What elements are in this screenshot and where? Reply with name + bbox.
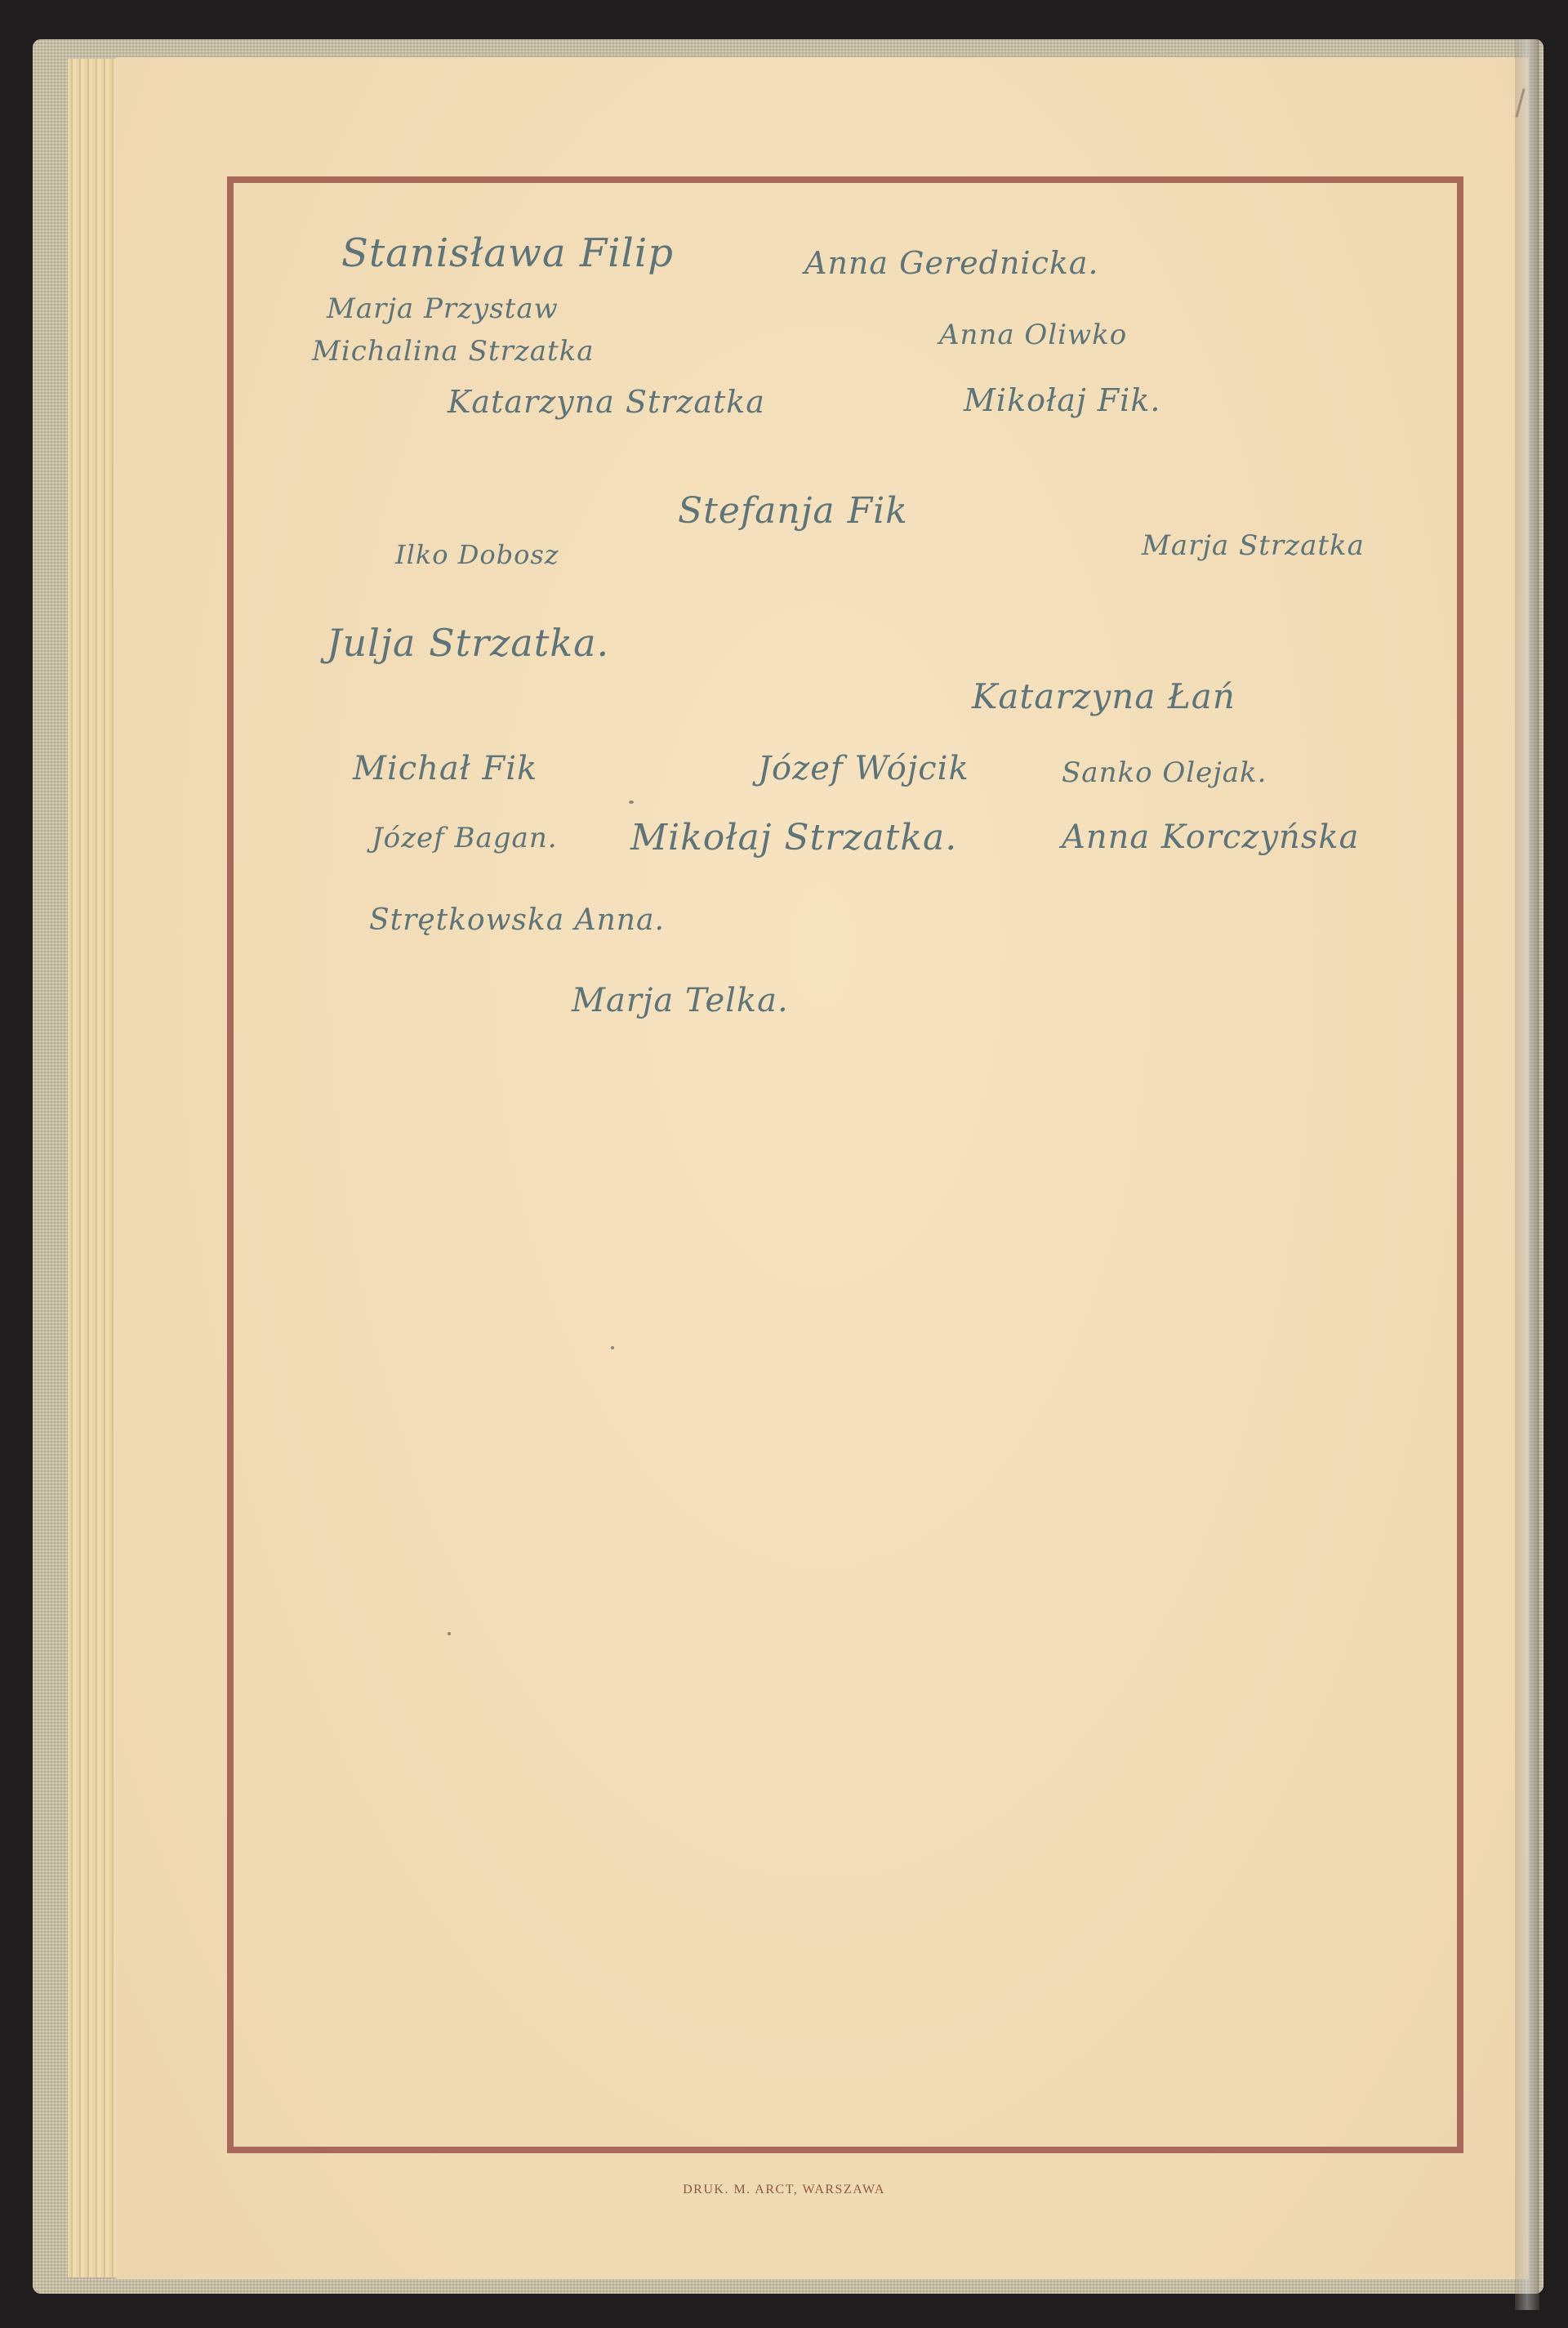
signature: Michalina Strzatka [312, 335, 595, 368]
signature: Ilko Dobosz [395, 539, 559, 570]
signature: Mikołaj Strzatka. [630, 817, 957, 859]
signature: Mikołaj Fik. [964, 382, 1160, 418]
signature: Marja Telka. [572, 982, 789, 1019]
signature: Anna Gerednicka. [804, 245, 1099, 281]
signature: Strętkowska Anna. [369, 903, 665, 937]
signature: Katarzyna Łań [972, 676, 1236, 716]
signature: Stanisława Filip [341, 230, 674, 276]
ink-speck [629, 801, 634, 804]
spine-edge [1515, 39, 1539, 2310]
signature: Marja Przystaw [327, 292, 559, 325]
signature: Katarzyna Strzatka [448, 384, 765, 420]
signature: Michał Fik [353, 750, 537, 787]
printer-imprint: DRUK. M. ARCT, WARSZAWA [0, 2183, 1568, 2197]
signature: Anna Korczyńska [1062, 818, 1359, 856]
signature: Julja Strzatka. [327, 621, 609, 665]
page-edges [68, 59, 117, 2277]
signature: Józef Wójcik [758, 750, 969, 787]
ink-speck [611, 1346, 614, 1349]
printed-border-frame [227, 176, 1463, 2153]
signature: Marja Strzatka [1142, 529, 1365, 562]
signature: Józef Bagan. [372, 822, 558, 854]
ink-speck [448, 1632, 451, 1635]
signature: Stefanja Fik [678, 490, 908, 532]
signature: Sanko Olejak. [1062, 756, 1267, 789]
signature: Anna Oliwko [939, 319, 1127, 351]
